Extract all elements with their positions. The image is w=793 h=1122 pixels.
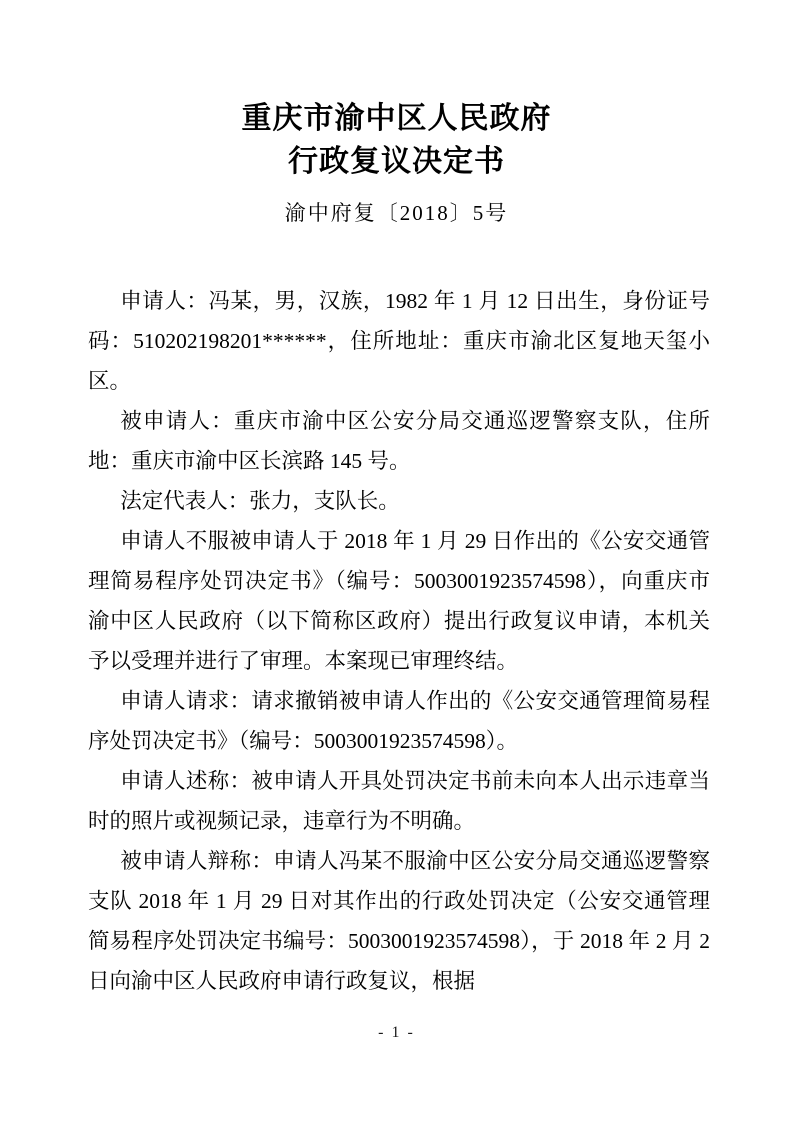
paragraph-applicant-request: 申请人请求：请求撤销被申请人作出的《公安交通管理简易程序处罚决定书》（编号：50…	[88, 681, 710, 761]
paragraph-respondent-info: 被申请人：重庆市渝中区公安分局交通巡逻警察支队，住所地：重庆市渝中区长滨路 14…	[88, 401, 710, 481]
page-number: - 1 -	[378, 1024, 415, 1041]
document-number: 渝中府复〔2018〕5号	[0, 200, 793, 226]
document-title-line1: 重庆市渝中区人民政府	[0, 97, 793, 140]
paragraph-case-overview: 申请人不服被申请人于 2018 年 1 月 29 日作出的《公安交通管理简易程序…	[88, 521, 710, 681]
paragraph-legal-representative: 法定代表人：张力，支队长。	[88, 481, 710, 521]
document-header: 重庆市渝中区人民政府 行政复议决定书 渝中府复〔2018〕5号	[0, 0, 793, 226]
document-page: 重庆市渝中区人民政府 行政复议决定书 渝中府复〔2018〕5号 申请人：冯某，男…	[0, 0, 793, 1122]
paragraph-applicant-info: 申请人：冯某，男，汉族，1982 年 1 月 12 日出生，身份证号码：5102…	[88, 281, 710, 401]
paragraph-applicant-statement: 申请人述称：被申请人开具处罚决定书前未向本人出示违章当时的照片或视频记录，违章行…	[88, 761, 710, 841]
document-body: 申请人：冯某，男，汉族，1982 年 1 月 12 日出生，身份证号码：5102…	[88, 281, 710, 1001]
document-title-line2: 行政复议决定书	[0, 140, 793, 183]
paragraph-respondent-defense: 被申请人辩称：申请人冯某不服渝中区公安分局交通巡逻警察支队 2018 年 1 月…	[88, 841, 710, 1001]
page-footer: - 1 -	[0, 1024, 793, 1042]
